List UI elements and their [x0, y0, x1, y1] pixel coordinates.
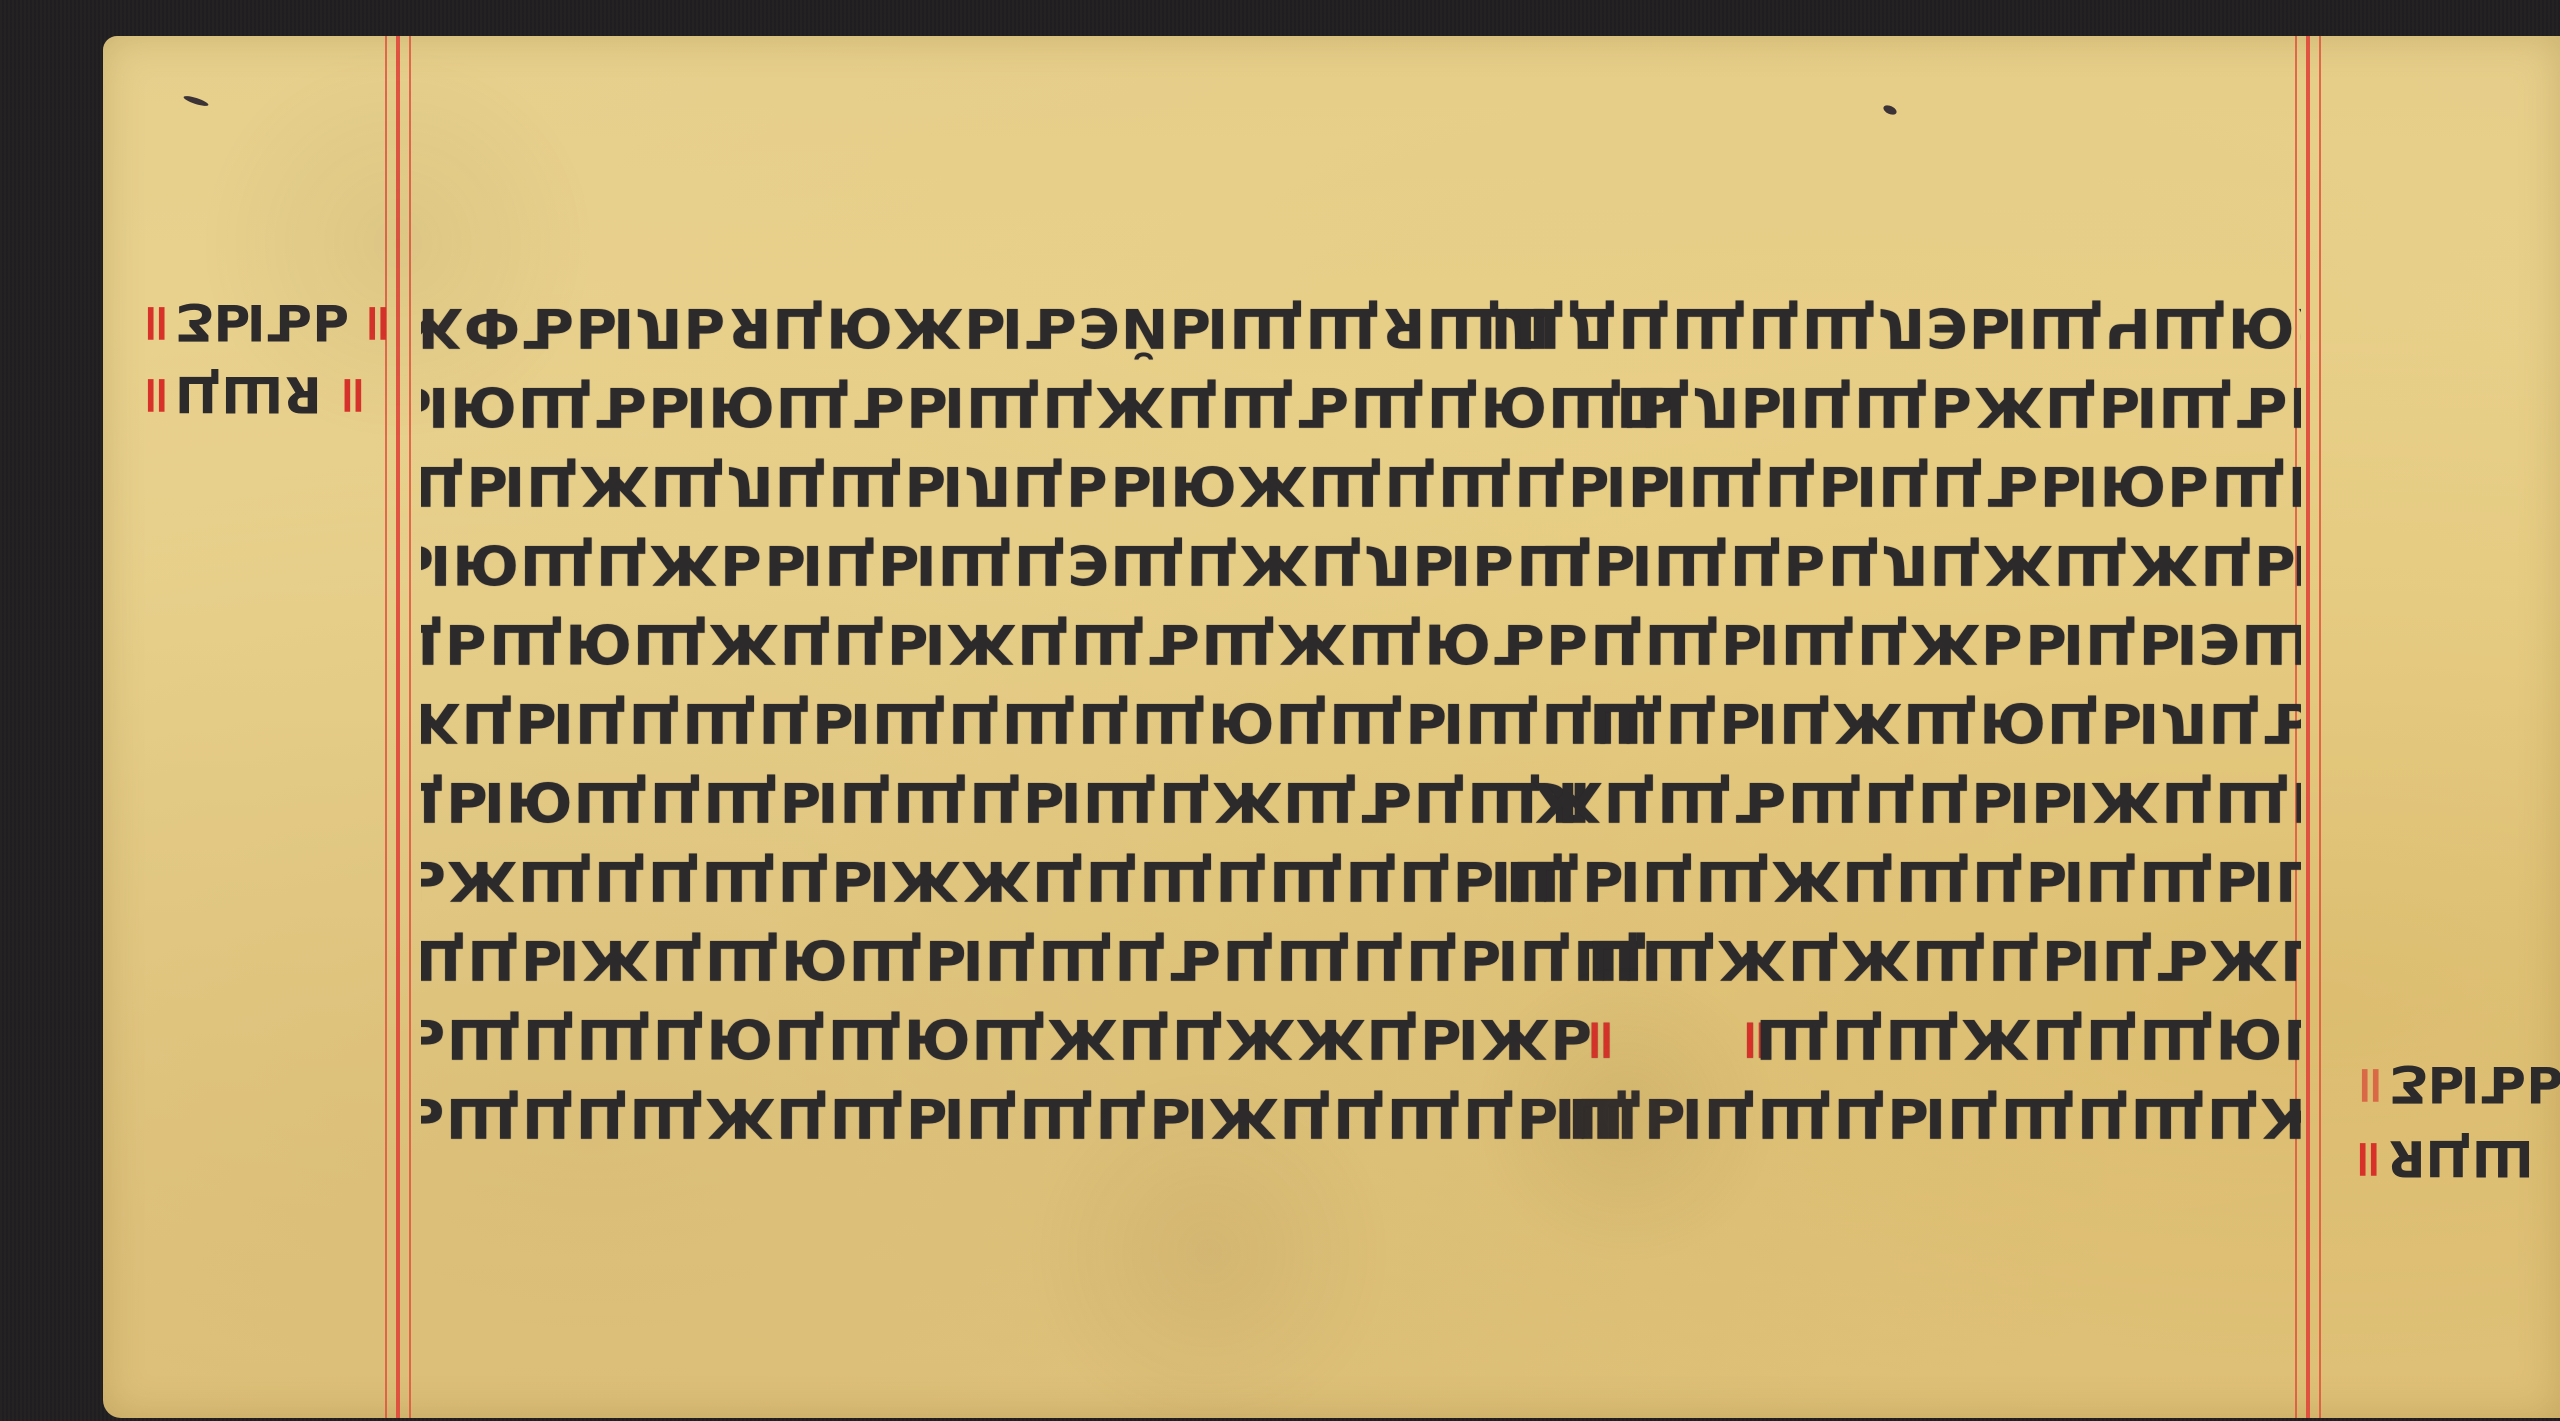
text-line-9: ЩЦЫЖЦЩЮЩЫЦЩЦЪЦЩЦЦЫЦЩЦЩЖЦЖЩЦЫЦЪЖЦЫЩЦЖЦЩЦЩ…	[421, 920, 2301, 999]
text-line-5: ЦЬЩЮЩЖЦЦЫЖЦЩЪЩЖЩЮЪЬЦЦЩЫЩЦЖЬЫЦЫЭЩЪЦЫЖ॥॥ЖЬ	[421, 604, 2301, 683]
text-line-1: ЖФЪЫЛЬЯЦЮЖЫЪЭЙЫЩЩЯЩЛЩДЦЩЦЩЛЭЫЩЧЩЮЯЬЦЦЩЬЫ…	[421, 288, 2301, 367]
text-line-11: ЪЩЦЦЩЖЦЩЫЦЩЦЫЖЦЦЩЦЫЦЩЫЦЩЦЫЦЩЦЩЦЖЦЫЦЩЫЖЦЩ…	[421, 1078, 2301, 1157]
text-line-3: ЩЫЦЖЩЛЦЩЫЛЦЬЫЮЖЩЦЩЦЫЫЫЩЦЫЦЦЪЫЮЬЩЦЪЩЦЫЬЩЦ…	[421, 446, 2301, 525]
right-margin-title: ॥ЯЦШ	[2351, 1122, 2534, 1190]
text-line-6: ЖЦЫЦЦЩЦЫЩЦЩЦЩЮЦЩЫЩЦЦЩЦЫЦЖЩЮЦЫЛЦЪЩЦЩЫЖЦЩЪ	[421, 683, 2301, 762]
text-line-8: ЪЖЩЦЦЩЦЫЖЖЦЦЩЦЩЦЦЫЦЩЫЦЩЖЦЩЦЫЦЩЫЦЩЖЖЦЫЦЩЖ	[421, 841, 2301, 920]
text-line-7: ЦЫЮЩЦЩЫЦЩЦЫЩЦЖЩЪЦЩЛЖЦЩЪЩЦЦЫЫЖЦЩЦЫЩЦЖЦЩЦ	[421, 762, 2301, 841]
text-line-4: ЫЮЩЦЖЬЫЦЫЩЦЭЩЦЖЦЛЫЬЩЦЫЩЦЬЦЛЦЖЩЖЦЫЬЦЩЦ॥ЫЬ…	[421, 525, 2301, 604]
text-line-2: ЫЮЩЪЫЮЩЪЫЩЦЖЦЩЪЩЦЮЩЪЩЛЫЦЩЬЖЦЫЩЪЦЩЮЪЩЫЩЦЖ…	[421, 367, 2301, 446]
left-margin-title: ॥ЦШЯ॥	[139, 358, 366, 426]
right-margin-folio-number: ॥ӠЫЪЬ॥	[2353, 1048, 2560, 1116]
left-margin-folio-number: ॥ӠЫЪЬ॥	[139, 286, 390, 354]
text-line-10: ЪЩЦЩЦЮЦЩЮЩЖЦЦЖЖЦЫЖЬ॥॥ЩЦЩЖЦЦЩЮЦЩЦЦЩЖЦЫЦЩЫ…	[421, 999, 2301, 1078]
manuscript-folio: ॥ӠЫЪЬ॥ ॥ЦШЯ॥ ॥ӠЫЪЬ॥ ॥ЯЦШ ЖФЪЫЛЬЯЦЮЖЫЪЭЙЫ…	[103, 36, 2560, 1418]
left-red-ruling	[385, 36, 411, 1418]
manuscript-text-block: ЖФЪЫЛЬЯЦЮЖЫЪЭЙЫЩЩЯЩЛЩДЦЩЦЩЛЭЫЩЧЩЮЯЬЦЦЩЬЫ…	[421, 288, 2301, 1157]
ink-speck	[1882, 103, 1898, 116]
ink-speck	[183, 94, 210, 108]
